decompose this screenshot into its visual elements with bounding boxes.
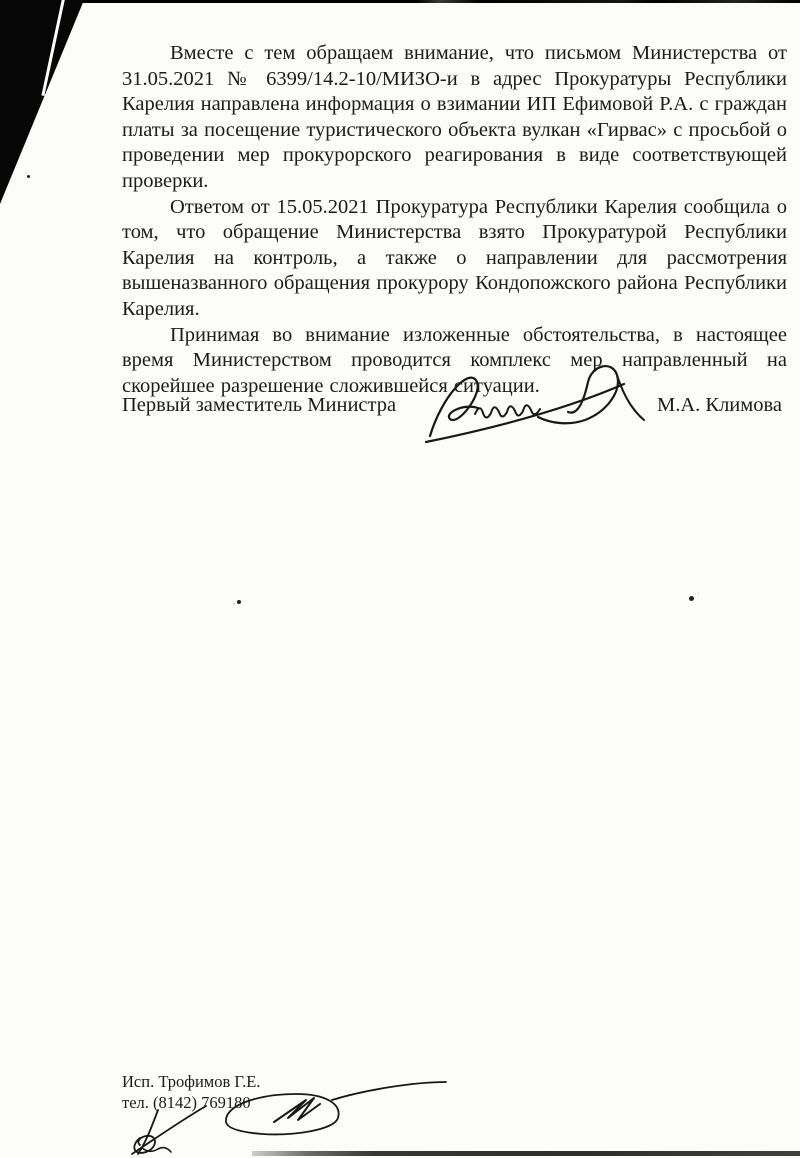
scan-artifact-bottom-edge — [252, 1151, 800, 1156]
scan-speck — [237, 600, 241, 604]
signer-position-title: Первый заместитель Министра — [122, 394, 396, 417]
signer-name: М.А. Климова — [657, 394, 782, 417]
scan-artifact-top-edge — [0, 0, 800, 3]
scan-speck — [27, 175, 30, 178]
scan-speck — [689, 596, 694, 601]
letter-body: Вместе с тем обращаем внимание, что пись… — [122, 41, 787, 399]
scan-artifact-corner-wedge — [0, 0, 84, 204]
oval-stamp-signature-icon — [214, 1074, 450, 1142]
scanned-letter-page: Вместе с тем обращаем внимание, что пись… — [0, 0, 800, 1158]
handwritten-signature-icon — [420, 362, 650, 446]
body-paragraph-1: Вместе с тем обращаем внимание, что пись… — [122, 41, 787, 195]
handwritten-initials-icon — [128, 1102, 210, 1158]
body-paragraph-2: Ответом от 15.05.2021 Прокуратура Респуб… — [122, 195, 787, 323]
